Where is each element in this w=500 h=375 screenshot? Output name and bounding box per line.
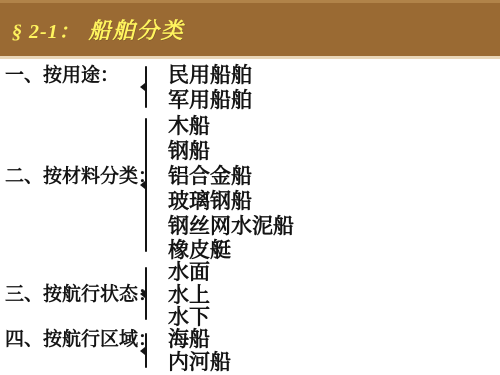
slide: § 2-1： 船舶分类 一、按用途： 二、按材料分类： 三、按航行状态： 四、按… <box>0 0 500 375</box>
category-label-navigation-area: 四、按航行区域： <box>5 327 157 352</box>
category-label-material: 二、按材料分类： <box>5 164 157 189</box>
item-civilian-ship: 民用船舶 <box>168 63 252 88</box>
section-number: § 2-1： <box>12 15 80 44</box>
bracket-material <box>145 118 147 252</box>
category-label-navigation-state: 三、按航行状态： <box>5 282 157 307</box>
slide-title: § 2-1： 船舶分类 <box>0 14 185 45</box>
item-sea-ship: 海船 <box>168 327 210 352</box>
item-steel-ship: 钢船 <box>168 139 210 164</box>
bracket-navigation-state <box>145 267 147 320</box>
item-surface: 水面 <box>168 260 210 285</box>
item-inland-river-ship: 内河船 <box>168 350 231 375</box>
slide-header: § 2-1： 船舶分类 <box>0 0 500 59</box>
section-title: 船舶分类 <box>89 14 185 45</box>
category-label-usage: 一、按用途： <box>5 63 119 88</box>
item-ferrocement-ship: 钢丝网水泥船 <box>168 214 294 239</box>
bracket-navigation-area <box>145 333 147 368</box>
item-military-ship: 军用船舶 <box>168 88 252 113</box>
item-fiberglass-ship: 玻璃钢船 <box>168 189 252 214</box>
item-wooden-ship: 木船 <box>168 114 210 139</box>
bracket-usage <box>145 66 147 108</box>
item-aluminum-alloy-ship: 铝合金船 <box>168 164 252 189</box>
